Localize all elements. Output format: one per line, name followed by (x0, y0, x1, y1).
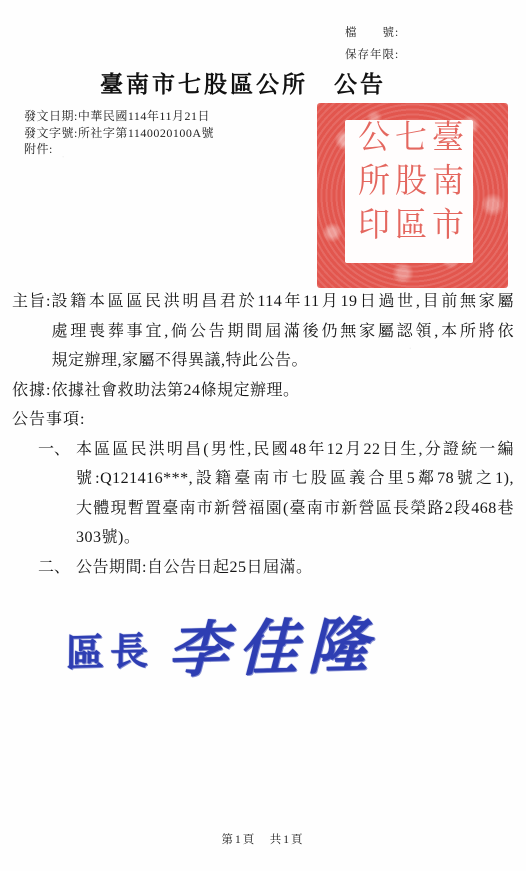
item-1-marker: 一、 (38, 435, 76, 553)
basis-line: 依據社會救助法第24條規定辦理。 (51, 376, 514, 406)
official-seal-stamp-icon: 臺南市 七股區 公所印 (317, 103, 508, 288)
basis-content: 依據社會救助法第24條規定辦理。 (51, 376, 514, 406)
item-2-marker: 二、 (38, 553, 76, 583)
subject-label: 主旨: (12, 287, 51, 376)
item-1-content: 本區區民洪明昌(男性,民國48年12月22日生,分證統一編 號:Q121416*… (76, 435, 514, 553)
seal-column-left: 公所印 (355, 119, 389, 264)
item-2-line: 公告期間:自公告日起25日屆滿。 (76, 553, 514, 583)
item-1-line: 號:Q121416***,設籍臺南市七股區義合里5鄰78號之1), (76, 464, 514, 494)
signature-name: 李佳隆 (168, 598, 379, 690)
item-1-line: 大體現暫置臺南市新營福園(臺南市新營區長榮路2段468巷 (76, 494, 514, 524)
item-1-line: 303號)。 (76, 523, 514, 553)
signature-title: 區長 (66, 619, 154, 676)
announcement-document: 檔 號: 保存年限: 臺南市七股區公所 公告 發文日期:中華民國114年11月2… (0, 0, 526, 871)
items-heading: 公告事項: (12, 405, 514, 435)
document-body: 主旨: 設籍本區區民洪明昌君於114年11月19日過世,目前無家屬 處理喪葬事宜… (12, 287, 514, 582)
seal-column-middle: 七股區 (392, 119, 426, 264)
announcement-item-1: 一、 本區區民洪明昌(男性,民國48年12月22日生,分證統一編 號:Q1214… (12, 435, 514, 553)
attachment-line: 附件: (24, 141, 214, 158)
file-number-label: 檔 號: (345, 22, 399, 44)
document-meta: 發文日期:中華民國114年11月21日 發文字號:所社字第1140020100A… (24, 108, 214, 158)
retention-period-label: 保存年限: (345, 44, 399, 66)
item-2-content: 公告期間:自公告日起25日屆滿。 (76, 553, 514, 583)
doc-number-line: 發文字號:所社字第1140020100A號 (24, 125, 214, 142)
archive-labels: 檔 號: 保存年限: (345, 22, 399, 66)
seal-column-right: 臺南市 (429, 119, 463, 264)
subject-line: 規定辦理,家屬不得異議,特此公告。 (51, 346, 514, 376)
chief-signature-stamp: 區長 李佳隆 (66, 598, 379, 692)
subject-line: 處理喪葬事宜,倘公告期間屆滿後仍無家屬認領,本所將依 (51, 317, 514, 347)
subject-line: 設籍本區區民洪明昌君於114年11月19日過世,目前無家屬 (51, 287, 514, 317)
issue-date-line: 發文日期:中華民國114年11月21日 (24, 108, 214, 125)
document-title: 臺南市七股區公所 公告 (0, 66, 486, 99)
basis-label: 依據: (12, 376, 51, 406)
page-footer: 第1頁 共1頁 (0, 831, 526, 847)
subject-content: 設籍本區區民洪明昌君於114年11月19日過世,目前無家屬 處理喪葬事宜,倘公告… (51, 287, 514, 376)
announcement-item-2: 二、 公告期間:自公告日起25日屆滿。 (12, 553, 514, 583)
item-1-line: 本區區民洪明昌(男性,民國48年12月22日生,分證統一編 (76, 435, 514, 465)
basis-paragraph: 依據: 依據社會救助法第24條規定辦理。 (12, 376, 514, 406)
seal-inscription: 臺南市 七股區 公所印 (345, 120, 473, 263)
subject-paragraph: 主旨: 設籍本區區民洪明昌君於114年11月19日過世,目前無家屬 處理喪葬事宜… (12, 287, 514, 376)
